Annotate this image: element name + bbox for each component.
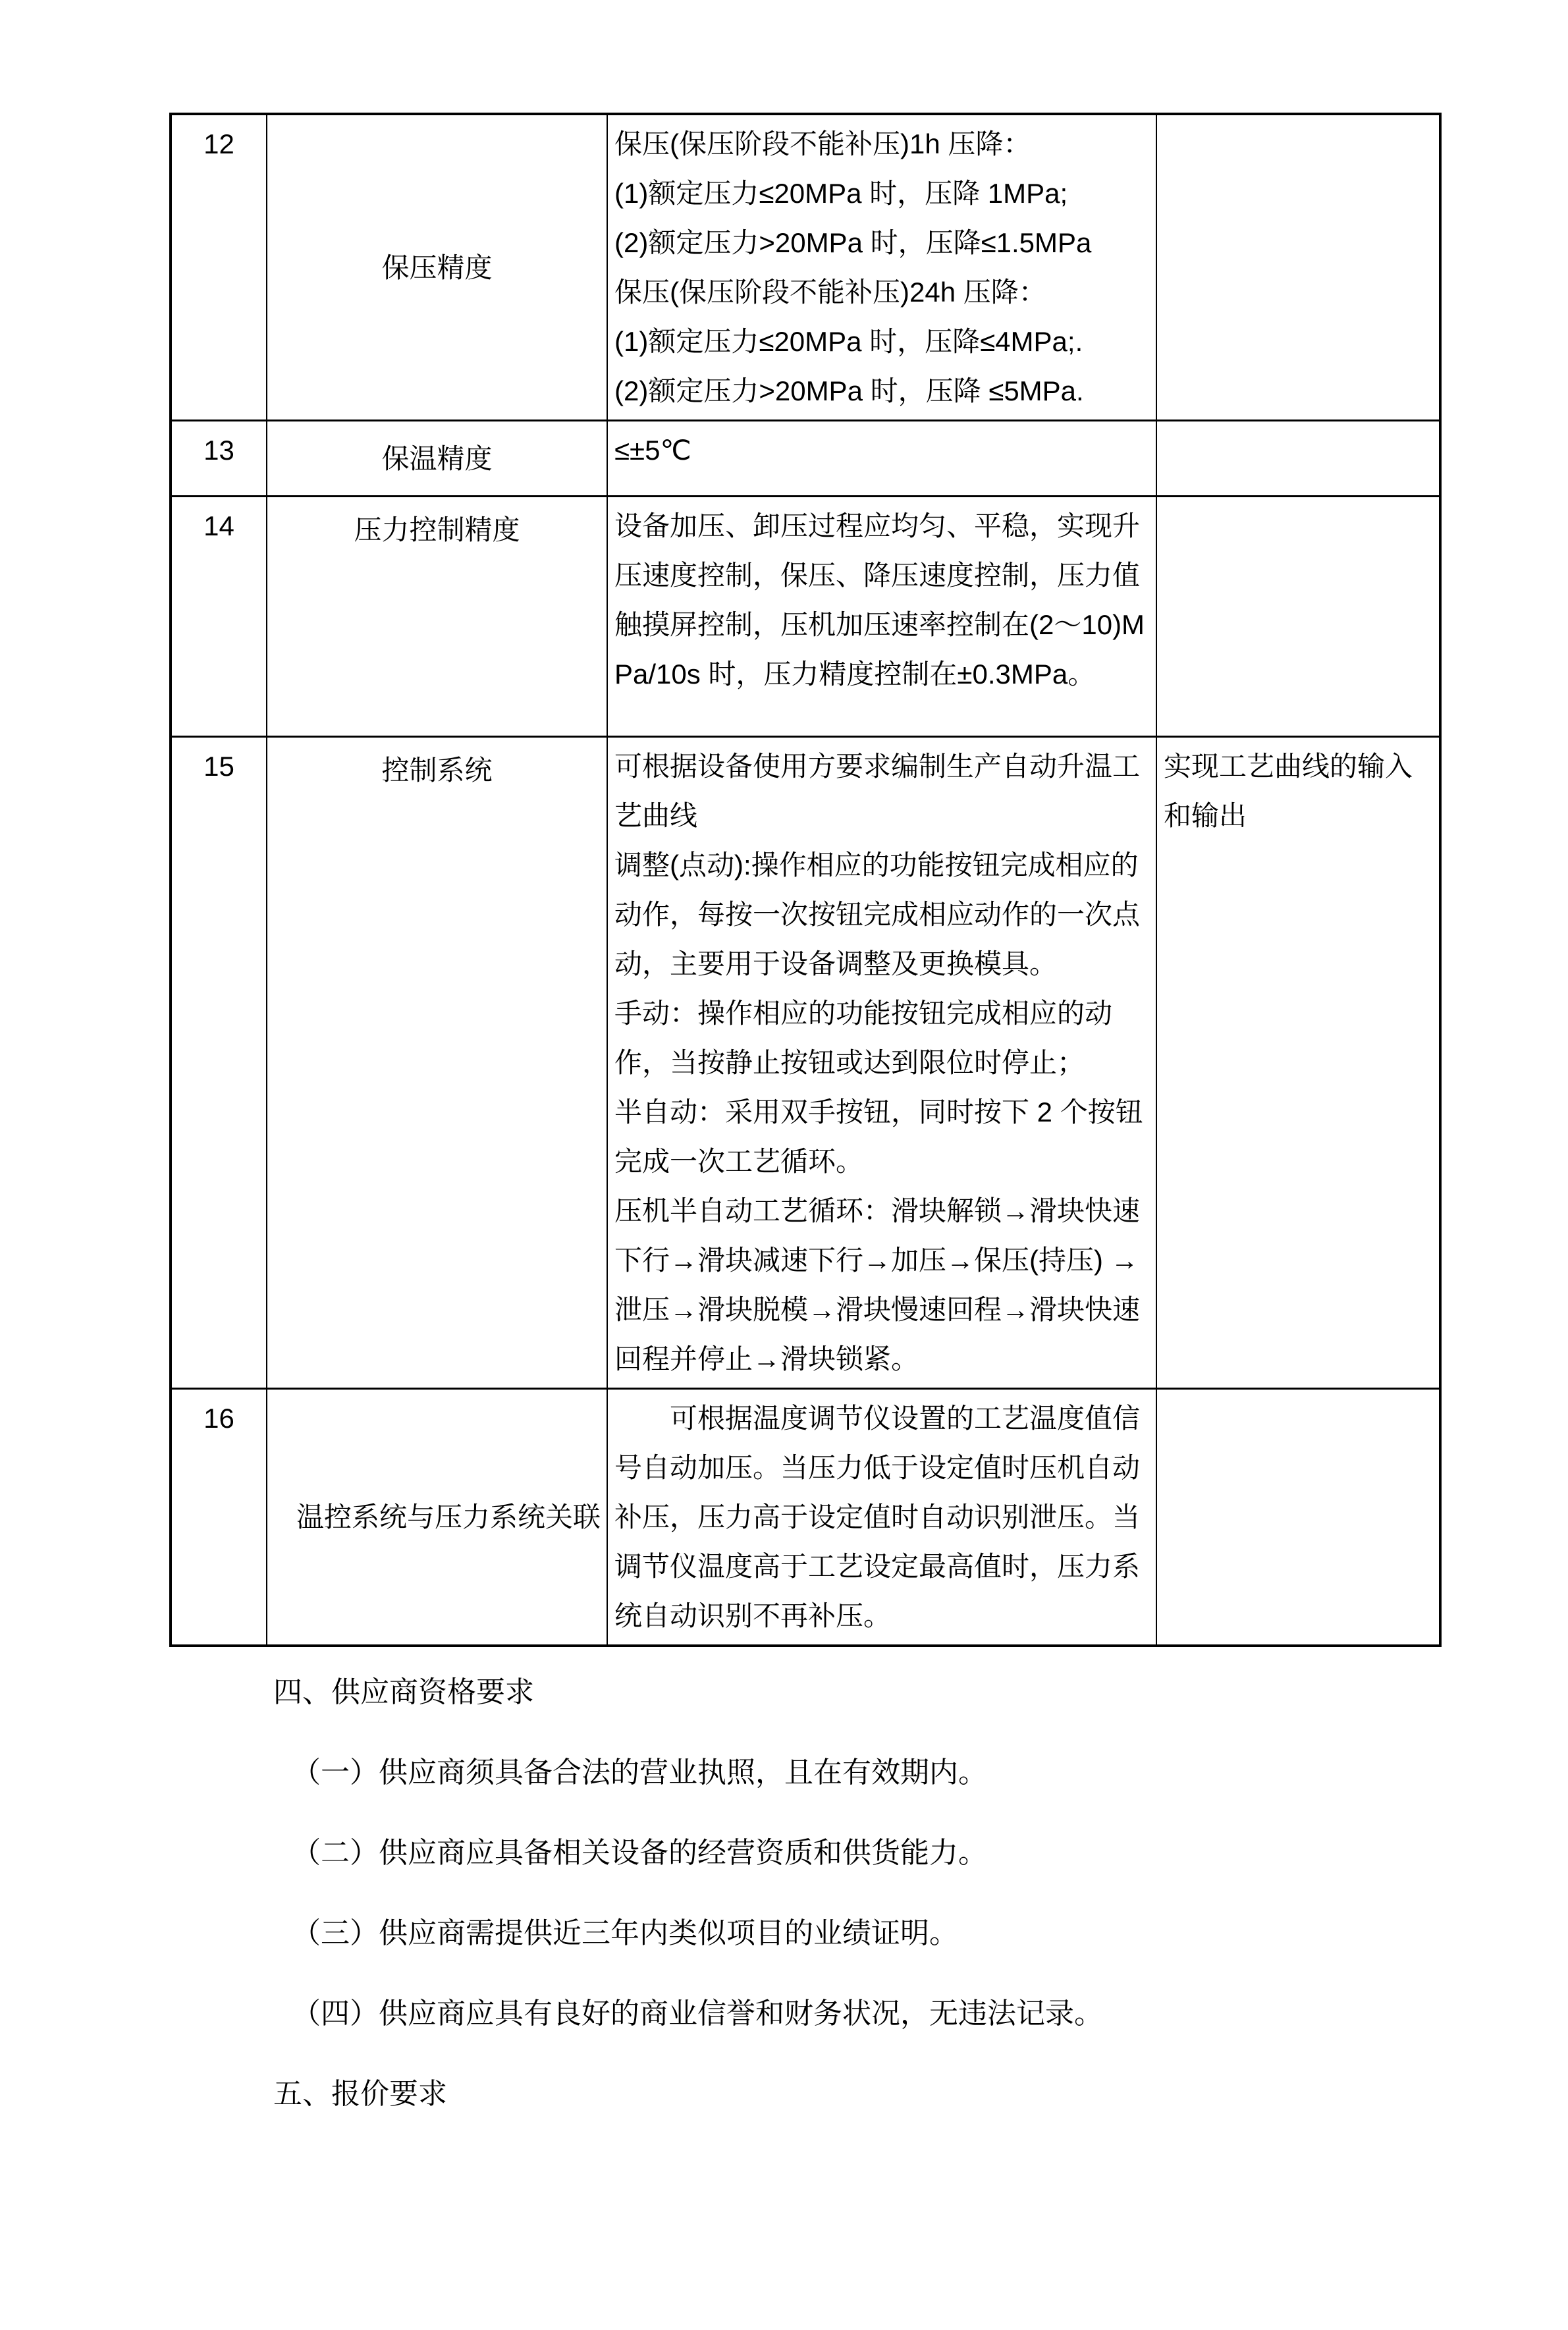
row14-remark xyxy=(1156,497,1440,737)
table-row-15: 15 控制系统 可根据设备使用方要求编制生产自动升温工艺曲线 调整(点动):操作… xyxy=(171,737,1440,1389)
table-row-16: 16 温控系统与压力系统关联 可根据温度调节仪设置的工艺温度值信号自动加压。当压… xyxy=(171,1389,1440,1646)
desc-paragraph: (2)额定压力>20MPa 时，压降≤1.5MPa xyxy=(614,218,1149,267)
row13-item-name: 保温精度 xyxy=(267,421,607,497)
row16-remark xyxy=(1156,1389,1440,1646)
desc-paragraph: 调整(点动):操作相应的功能按钮完成相应的动作，每按一次按钮完成相应动作的一次点… xyxy=(614,840,1149,989)
supplier-requirement-item-2: （二）供应商应具备相关设备的经营资质和供货能力。 xyxy=(292,1834,1568,1872)
row15-item-name: 控制系统 xyxy=(267,737,607,1389)
row13-remark xyxy=(1156,421,1440,497)
desc-paragraph: 设备加压、卸压过程应均匀、平稳，实现升压速度控制，保压、降压速度控制，压力值触摸… xyxy=(614,501,1149,699)
desc-paragraph: 手动：操作相应的功能按钮完成相应的动作，当按静止按钮或达到限位时停止； xyxy=(614,989,1149,1087)
desc-paragraph: ≤±5℃ xyxy=(614,425,1149,475)
table-row-13: 13 保温精度 ≤±5℃ xyxy=(171,421,1440,497)
desc-paragraph: 压机半自动工艺循环：滑块解锁→滑块快速下行→滑块减速下行→加压→保压(持压) →… xyxy=(614,1186,1149,1384)
table-row-12: 12 保压精度 保压(保压阶段不能补压)1h 压降： (1)额定压力≤20MPa… xyxy=(171,114,1440,421)
row12-description: 保压(保压阶段不能补压)1h 压降： (1)额定压力≤20MPa 时，压降 1M… xyxy=(607,114,1156,421)
desc-paragraph: 可根据温度调节仪设置的工艺温度值信号自动加压。当压力低于设定值时压机自动补压，压… xyxy=(614,1394,1149,1640)
row13-description: ≤±5℃ xyxy=(607,421,1156,497)
desc-paragraph: 可根据设备使用方要求编制生产自动升温工艺曲线 xyxy=(614,742,1149,840)
row12-item-name: 保压精度 xyxy=(267,114,607,421)
row12-remark xyxy=(1156,114,1440,421)
row15-number: 15 xyxy=(171,737,267,1389)
row14-item-name: 压力控制精度 xyxy=(267,497,607,737)
row16-item-name: 温控系统与压力系统关联 xyxy=(267,1389,607,1646)
row15-remark: 实现工艺曲线的输入和输出 xyxy=(1156,737,1440,1389)
row16-description: 可根据温度调节仪设置的工艺温度值信号自动加压。当压力低于设定值时压机自动补压，压… xyxy=(607,1389,1156,1646)
section-heading-5: 五、报价要求 xyxy=(273,2075,1568,2113)
row12-number: 12 xyxy=(171,114,267,421)
desc-paragraph: (1)额定压力≤20MPa 时，压降 1MPa; xyxy=(614,169,1149,218)
desc-paragraph: (1)额定压力≤20MPa 时，压降≤4MPa;. xyxy=(614,317,1149,366)
desc-paragraph: 保压(保压阶段不能补压)1h 压降： xyxy=(614,119,1149,169)
remark-paragraph: 实现工艺曲线的输入和输出 xyxy=(1164,742,1432,840)
desc-paragraph: 保压(保压阶段不能补压)24h 压降： xyxy=(614,267,1149,317)
row16-number: 16 xyxy=(171,1389,267,1646)
section-heading-4: 四、供应商资格要求 xyxy=(273,1673,1568,1712)
supplier-requirement-item-1: （一）供应商须具备合法的营业执照，且在有效期内。 xyxy=(292,1754,1568,1792)
supplier-requirement-item-3: （三）供应商需提供近三年内类似项目的业绩证明。 xyxy=(292,1914,1568,1953)
table-row-14: 14 压力控制精度 设备加压、卸压过程应均匀、平稳，实现升压速度控制，保压、降压… xyxy=(171,497,1440,737)
supplier-requirement-item-4: （四）供应商应具有良好的商业信誉和财务状况，无违法记录。 xyxy=(292,1995,1568,2033)
row13-number: 13 xyxy=(171,421,267,497)
desc-paragraph: 半自动：采用双手按钮，同时按下 2 个按钮完成一次工艺循环。 xyxy=(614,1087,1149,1186)
document-page: 12 保压精度 保压(保压阶段不能补压)1h 压降： (1)额定压力≤20MPa… xyxy=(0,113,1568,2330)
desc-paragraph: (2)额定压力>20MPa 时，压降 ≤5MPa. xyxy=(614,366,1149,416)
spec-table: 12 保压精度 保压(保压阶段不能补压)1h 压降： (1)额定压力≤20MPa… xyxy=(169,113,1442,1647)
row14-description: 设备加压、卸压过程应均匀、平稳，实现升压速度控制，保压、降压速度控制，压力值触摸… xyxy=(607,497,1156,737)
sections-below-table: 四、供应商资格要求 （一）供应商须具备合法的营业执照，且在有效期内。 （二）供应… xyxy=(273,1673,1568,2113)
row14-number: 14 xyxy=(171,497,267,737)
row15-description: 可根据设备使用方要求编制生产自动升温工艺曲线 调整(点动):操作相应的功能按钮完… xyxy=(607,737,1156,1389)
